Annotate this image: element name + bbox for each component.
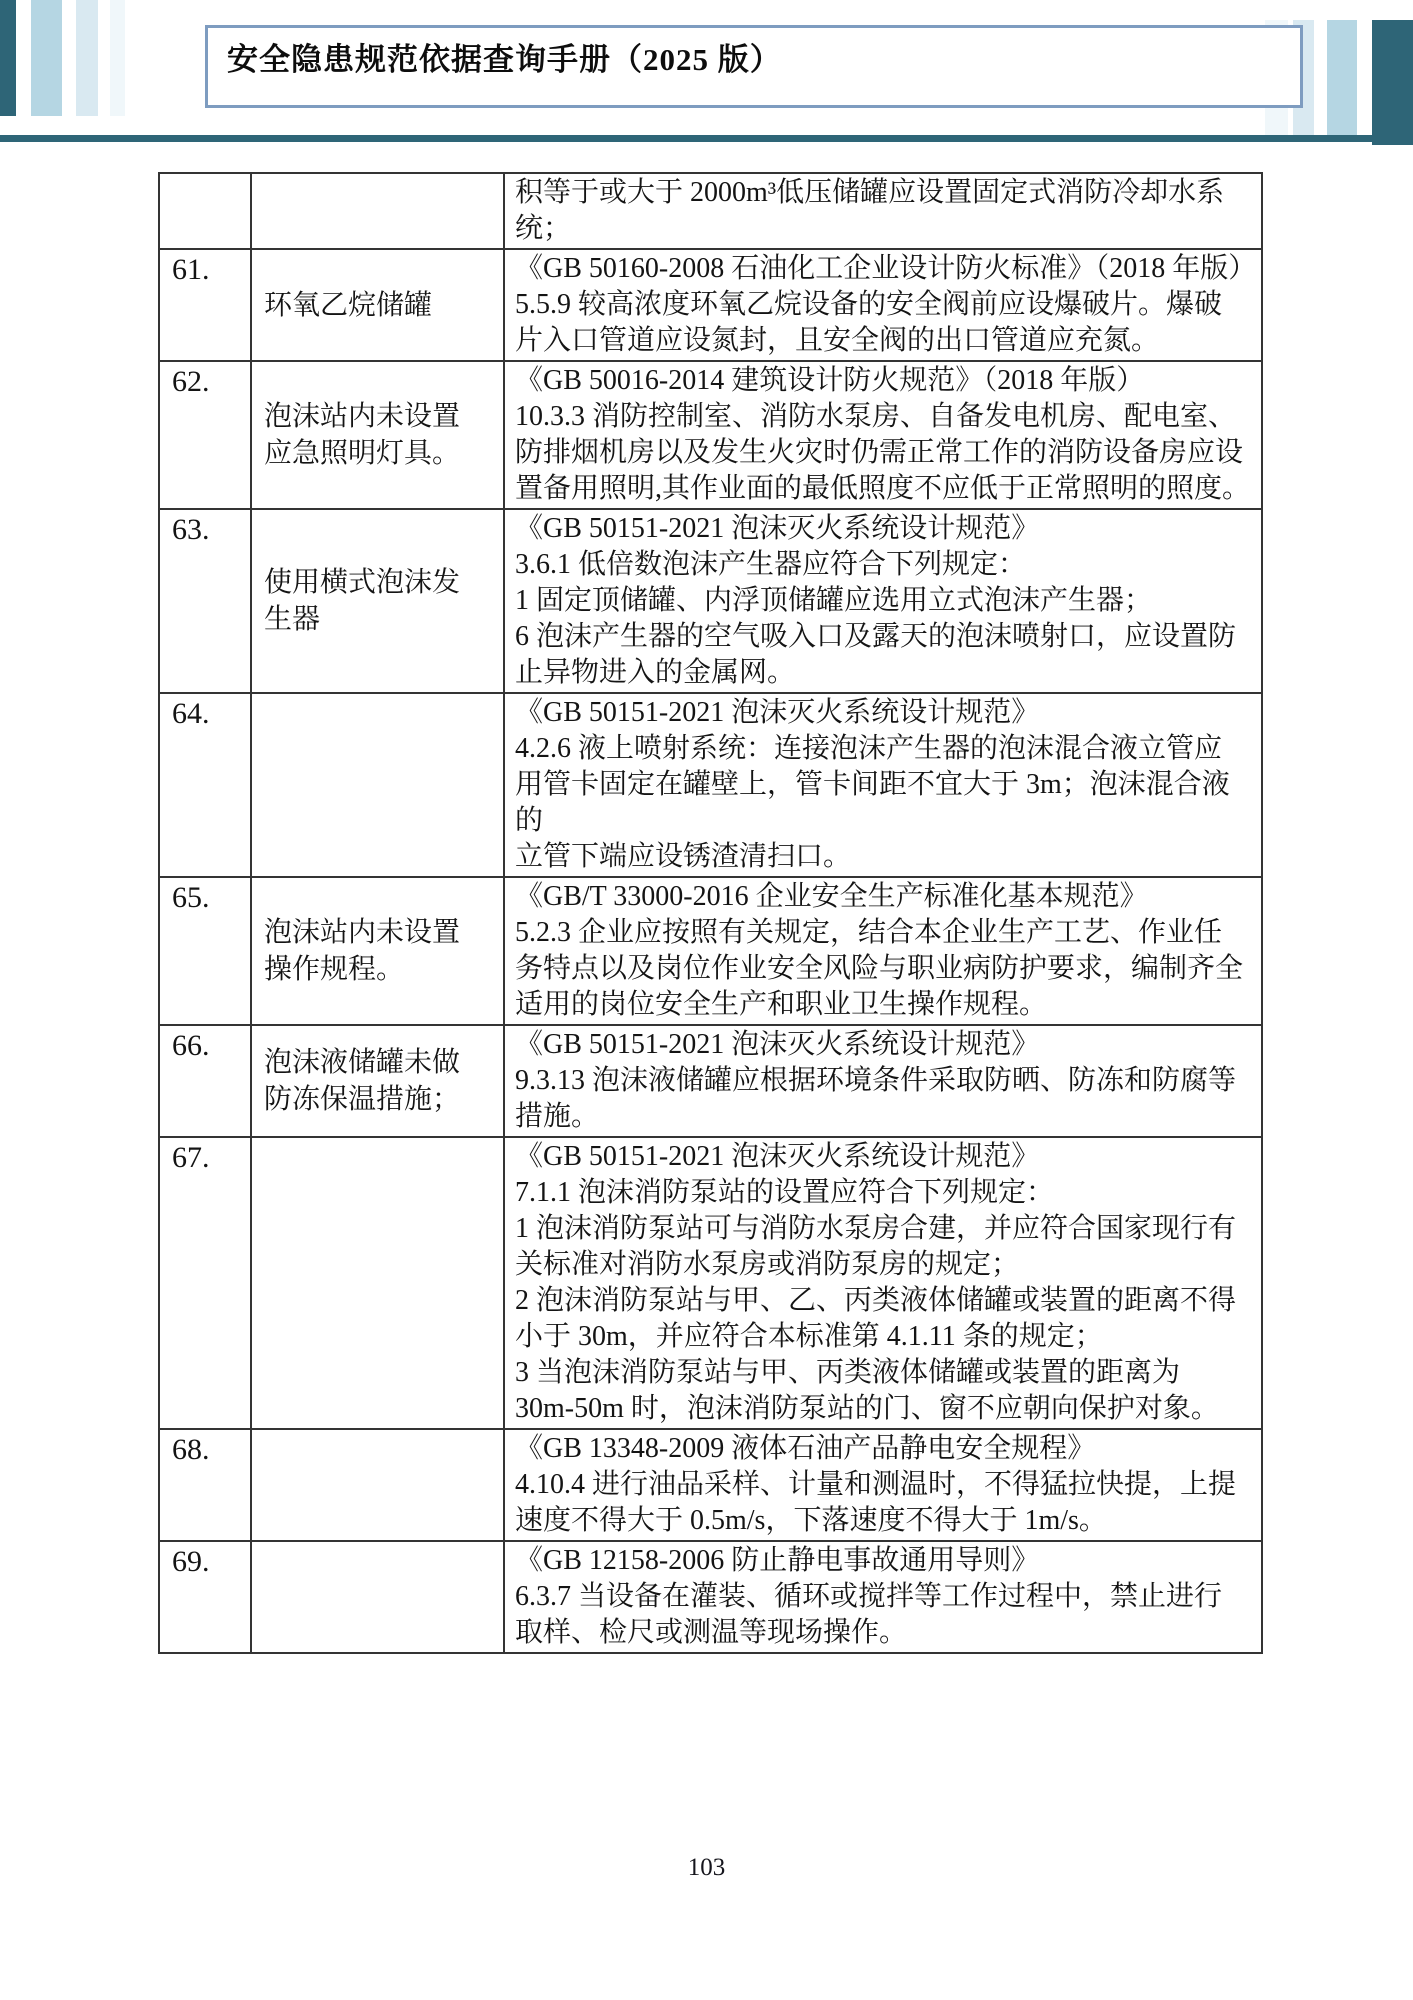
regulation-cell: 《GB 50151-2021 泡沫灭火系统设计规范》 7.1.1 泡沫消防泵站的… bbox=[504, 1137, 1262, 1429]
hazard-cell: 环氧乙烷储罐 bbox=[251, 249, 504, 361]
hazard-cell: 泡沫站内未设置 操作规程。 bbox=[251, 877, 504, 1025]
table-row: 66. 泡沫液储罐未做 防冻保温措施； 《GB 50151-2021 泡沫灭火系… bbox=[159, 1025, 1262, 1137]
row-number-cell: 62. bbox=[159, 361, 251, 509]
table-row: 65. 泡沫站内未设置 操作规程。 《GB/T 33000-2016 企业安全生… bbox=[159, 877, 1262, 1025]
regulation-cell: 《GB/T 33000-2016 企业安全生产标准化基本规范》 5.2.3 企业… bbox=[504, 877, 1262, 1025]
table-row: 61. 环氧乙烷储罐 《GB 50160-2008 石油化工企业设计防火标准》（… bbox=[159, 249, 1262, 361]
document-page: 安全隐患规范依据查询手册（2025 版） 积等于或大于 2000m³低压储罐应设… bbox=[0, 0, 1413, 2000]
decor-bar-left-light bbox=[76, 0, 98, 116]
page-title: 安全隐患规范依据查询手册（2025 版） bbox=[208, 34, 782, 79]
regulation-cell: 《GB 50151-2021 泡沫灭火系统设计规范》 4.2.6 液上喷射系统：… bbox=[504, 693, 1262, 877]
page-number: 103 bbox=[0, 1854, 1413, 1882]
regulation-cell: 《GB 50160-2008 石油化工企业设计防火标准》（2018 年版） 5.… bbox=[504, 249, 1262, 361]
hazard-cell bbox=[251, 693, 504, 877]
decor-bar-right-dark bbox=[1372, 20, 1413, 145]
hazard-regulation-table: 积等于或大于 2000m³低压储罐应设置固定式消防冷却水系 统； 61. 环氧乙… bbox=[158, 172, 1263, 1654]
header-title-box: 安全隐患规范依据查询手册（2025 版） bbox=[205, 25, 1303, 108]
row-number-cell: 67. bbox=[159, 1137, 251, 1429]
table-row: 64. 《GB 50151-2021 泡沫灭火系统设计规范》 4.2.6 液上喷… bbox=[159, 693, 1262, 877]
row-number-cell: 68. bbox=[159, 1429, 251, 1541]
hazard-cell: 使用横式泡沫发 生器 bbox=[251, 509, 504, 693]
row-number-cell: 63. bbox=[159, 509, 251, 693]
table-row: 63. 使用横式泡沫发 生器 《GB 50151-2021 泡沫灭火系统设计规范… bbox=[159, 509, 1262, 693]
row-number-cell: 69. bbox=[159, 1541, 251, 1653]
regulation-cell: 《GB 50151-2021 泡沫灭火系统设计规范》 3.6.1 低倍数泡沫产生… bbox=[504, 509, 1262, 693]
decor-bar-right-medium bbox=[1327, 20, 1357, 137]
decor-bar-left-medium bbox=[31, 0, 62, 116]
row-number-cell: 65. bbox=[159, 877, 251, 1025]
decor-bar-left-faint bbox=[110, 0, 125, 116]
row-number-cell bbox=[159, 173, 251, 249]
table-row: 68. 《GB 13348-2009 液体石油产品静电安全规程》 4.10.4 … bbox=[159, 1429, 1262, 1541]
regulation-cell: 《GB 12158-2006 防止静电事故通用导则》 6.3.7 当设备在灌装、… bbox=[504, 1541, 1262, 1653]
hazard-cell bbox=[251, 173, 504, 249]
decor-bar-left-dark bbox=[0, 0, 16, 116]
row-number-cell: 61. bbox=[159, 249, 251, 361]
table-row: 积等于或大于 2000m³低压储罐应设置固定式消防冷却水系 统； bbox=[159, 173, 1262, 249]
table-container: 积等于或大于 2000m³低压储罐应设置固定式消防冷却水系 统； 61. 环氧乙… bbox=[158, 172, 1263, 1654]
row-number-cell: 66. bbox=[159, 1025, 251, 1137]
regulation-cell: 积等于或大于 2000m³低压储罐应设置固定式消防冷却水系 统； bbox=[504, 173, 1262, 249]
header-divider bbox=[0, 135, 1413, 142]
regulation-cell: 《GB 13348-2009 液体石油产品静电安全规程》 4.10.4 进行油品… bbox=[504, 1429, 1262, 1541]
hazard-cell bbox=[251, 1541, 504, 1653]
hazard-cell: 泡沫液储罐未做 防冻保温措施； bbox=[251, 1025, 504, 1137]
hazard-cell bbox=[251, 1137, 504, 1429]
regulation-cell: 《GB 50151-2021 泡沫灭火系统设计规范》 9.3.13 泡沫液储罐应… bbox=[504, 1025, 1262, 1137]
regulation-cell: 《GB 50016-2014 建筑设计防火规范》（2018 年版） 10.3.3… bbox=[504, 361, 1262, 509]
table-row: 62. 泡沫站内未设置 应急照明灯具。 《GB 50016-2014 建筑设计防… bbox=[159, 361, 1262, 509]
hazard-cell: 泡沫站内未设置 应急照明灯具。 bbox=[251, 361, 504, 509]
table-row: 69. 《GB 12158-2006 防止静电事故通用导则》 6.3.7 当设备… bbox=[159, 1541, 1262, 1653]
table-row: 67. 《GB 50151-2021 泡沫灭火系统设计规范》 7.1.1 泡沫消… bbox=[159, 1137, 1262, 1429]
row-number-cell: 64. bbox=[159, 693, 251, 877]
hazard-cell bbox=[251, 1429, 504, 1541]
